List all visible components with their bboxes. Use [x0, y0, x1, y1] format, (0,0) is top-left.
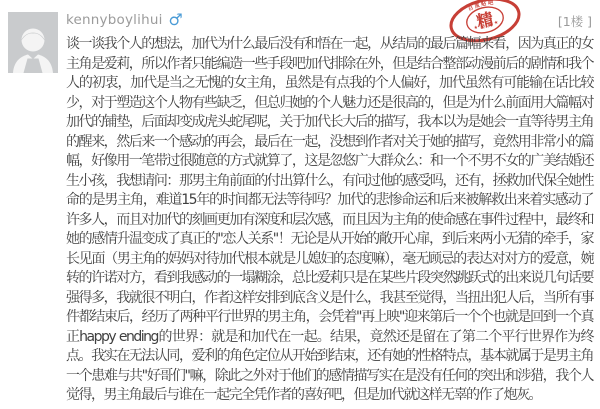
post-body-text: 谈一谈我个人的想法，加代为什么最后没有和悟在一起，从结局的最后篇幅来看，因为真正…: [66, 35, 593, 406]
floor-label: [1楼 ]: [558, 12, 592, 30]
avatar[interactable]: [8, 12, 58, 73]
username-link[interactable]: kennyboylihui: [66, 11, 163, 29]
forum-post: kennyboylihui ♂ 精 百度贴吧 ★ 经 典 ★ [1楼 ] 谈一谈…: [0, 0, 600, 409]
seal-bottom-arc-text: ★ 经 典 ★: [472, 19, 500, 33]
seal-center-char: 精: [475, 9, 496, 32]
user-silhouette-icon: [8, 12, 58, 73]
post-header: kennyboylihui ♂: [66, 11, 183, 29]
svg-text:百度贴吧: 百度贴吧: [466, 0, 496, 13]
male-gender-icon: ♂: [169, 12, 183, 28]
seal-top-arc-text: 百度贴吧: [466, 0, 496, 13]
svg-text:★ 经 典 ★: ★ 经 典 ★: [472, 19, 500, 33]
